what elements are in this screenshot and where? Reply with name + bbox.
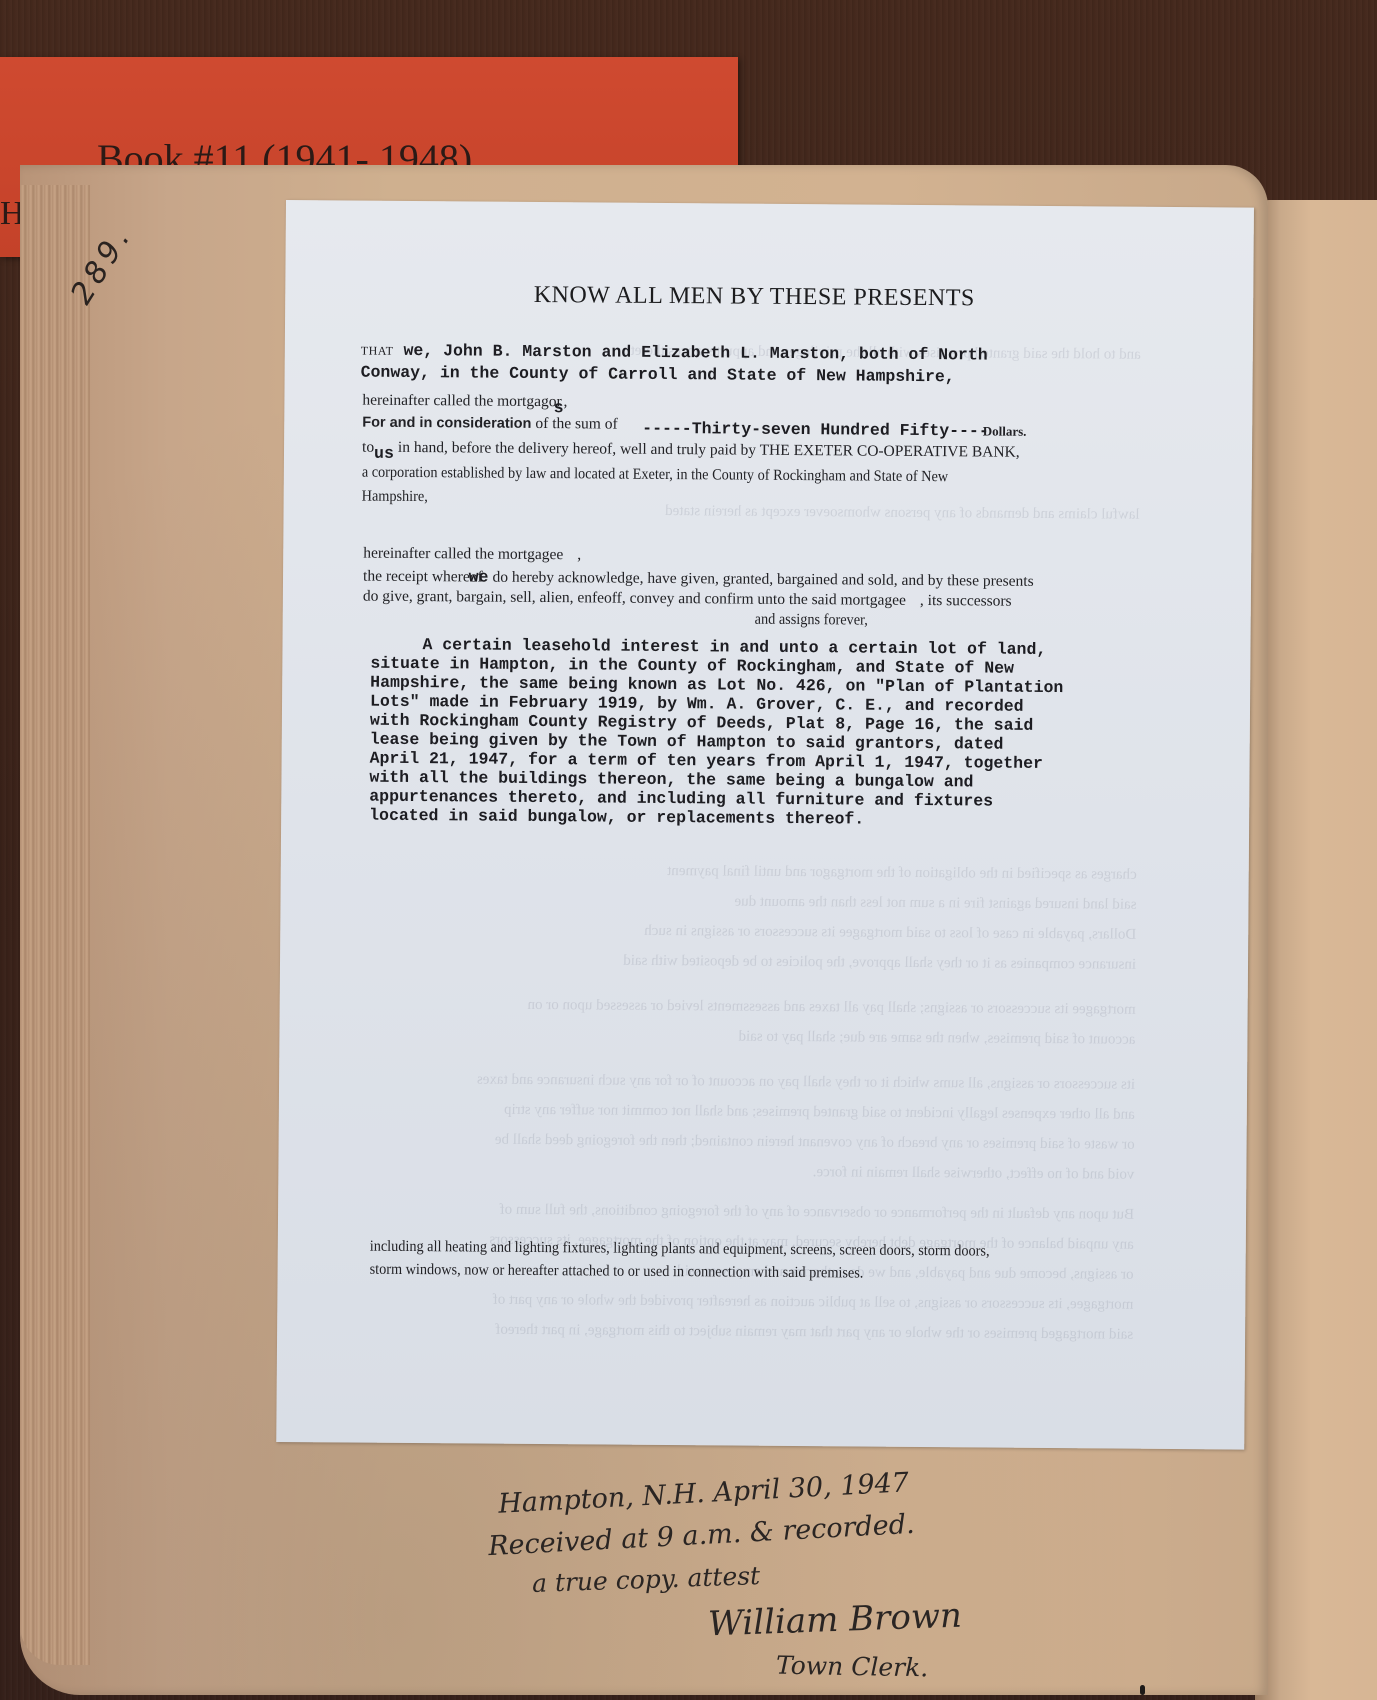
receipt-typed: we xyxy=(469,567,489,586)
receipt-prefix: the receipt whereof xyxy=(363,568,483,586)
consideration-text: of the sum of xyxy=(535,415,617,433)
sum-line: -----Thirty-seven Hundred Fifty----Dolla… xyxy=(642,419,1026,441)
document-title: KNOW ALL MEN BY THESE PRESENTS xyxy=(285,280,1253,315)
show-through-text: void and of no effect, otherwise shall r… xyxy=(374,1161,1134,1184)
show-through-text: or waste of said premises or any breach … xyxy=(375,1131,1135,1154)
show-through-text: its successors or assigns, all sums whic… xyxy=(375,1071,1135,1094)
dollars-label: Dollars. xyxy=(983,423,1027,438)
fixtures-line-2: storm windows, now or hereafter attached… xyxy=(370,1261,864,1283)
show-through-text: charges as specified in the obligation o… xyxy=(377,861,1137,884)
show-through-text: said land insured against fire in a sum … xyxy=(376,891,1136,914)
mortgagee-line: hereinafter called the mortgagee , xyxy=(363,545,581,565)
that-label: That xyxy=(361,344,394,358)
receipt-line: the receipt whereofwe do hereby acknowle… xyxy=(363,567,1034,591)
mortgagor-line: hereinafter called the mortgagors, xyxy=(362,391,567,412)
assigns-line: and assigns forever, xyxy=(755,611,868,630)
page-edge-stack xyxy=(20,185,90,1665)
show-through-text: But upon any default in the performance … xyxy=(374,1201,1134,1224)
to-label: to xyxy=(362,439,374,456)
show-through-text: mortgagee, its successors or assigns, to… xyxy=(373,1291,1133,1314)
payment-text: in hand, before the delivery hereof, wel… xyxy=(398,439,1020,461)
show-through-text: insurance companies as it or they shall … xyxy=(376,951,1136,974)
to-typed: us xyxy=(374,444,394,463)
grantors-typed-2: Conway, in the County of Carroll and Sta… xyxy=(361,363,955,387)
show-through-text: and all other expenses legally incident … xyxy=(375,1101,1135,1124)
give-line: do give, grant, bargain, sell, alien, en… xyxy=(363,588,1012,611)
show-through-text: Dollars, payable in case of loss to said… xyxy=(376,921,1136,944)
adjacent-page xyxy=(1255,200,1377,1700)
give-text: do give, grant, bargain, sell, alien, en… xyxy=(363,588,906,609)
sum-typed: -----Thirty-seven Hundred Fifty---- xyxy=(642,419,989,441)
successors-text: , its successors xyxy=(920,592,1012,610)
consideration-line: For and in consideration of the sum of xyxy=(362,414,618,434)
mortgage-document-sheet: and to hold the said granted premises wi… xyxy=(276,200,1254,1450)
show-through-text: account of said premises, when the same … xyxy=(375,1026,1135,1049)
property-line-10: located in said bungalow, or replacement… xyxy=(369,806,864,829)
clerk-title: Town Clerk. xyxy=(776,1651,929,1683)
grantors-line-1: That we, John B. Marston and Elizabeth L… xyxy=(361,341,988,365)
receipt-text: do hereby acknowledge, have given, grant… xyxy=(492,569,1033,590)
show-through-text: said mortgaged premises or the whole or … xyxy=(373,1321,1133,1344)
mortgagor-label: hereinafter called the mortgagor xyxy=(362,392,561,411)
grantors-typed-1: we, John B. Marston and Elizabeth L. Mar… xyxy=(403,341,987,365)
payment-line: tous in hand, before the delivery hereof… xyxy=(362,438,1020,462)
corporation-line-2: Hampshire, xyxy=(362,488,428,507)
mortgagee-label: hereinafter called the mortgagee xyxy=(363,545,563,564)
consideration-label: For and in consideration xyxy=(362,415,531,432)
fixtures-line-1: including all heating and lighting fixtu… xyxy=(370,1238,990,1261)
show-through-text: mortgagee its successors or assigns; sha… xyxy=(376,996,1136,1019)
ink-mark xyxy=(1140,1685,1145,1695)
show-through-text: lawful claims and demands of any persons… xyxy=(380,501,1140,524)
corporation-line-1: a corporation established by law and loc… xyxy=(362,464,948,487)
